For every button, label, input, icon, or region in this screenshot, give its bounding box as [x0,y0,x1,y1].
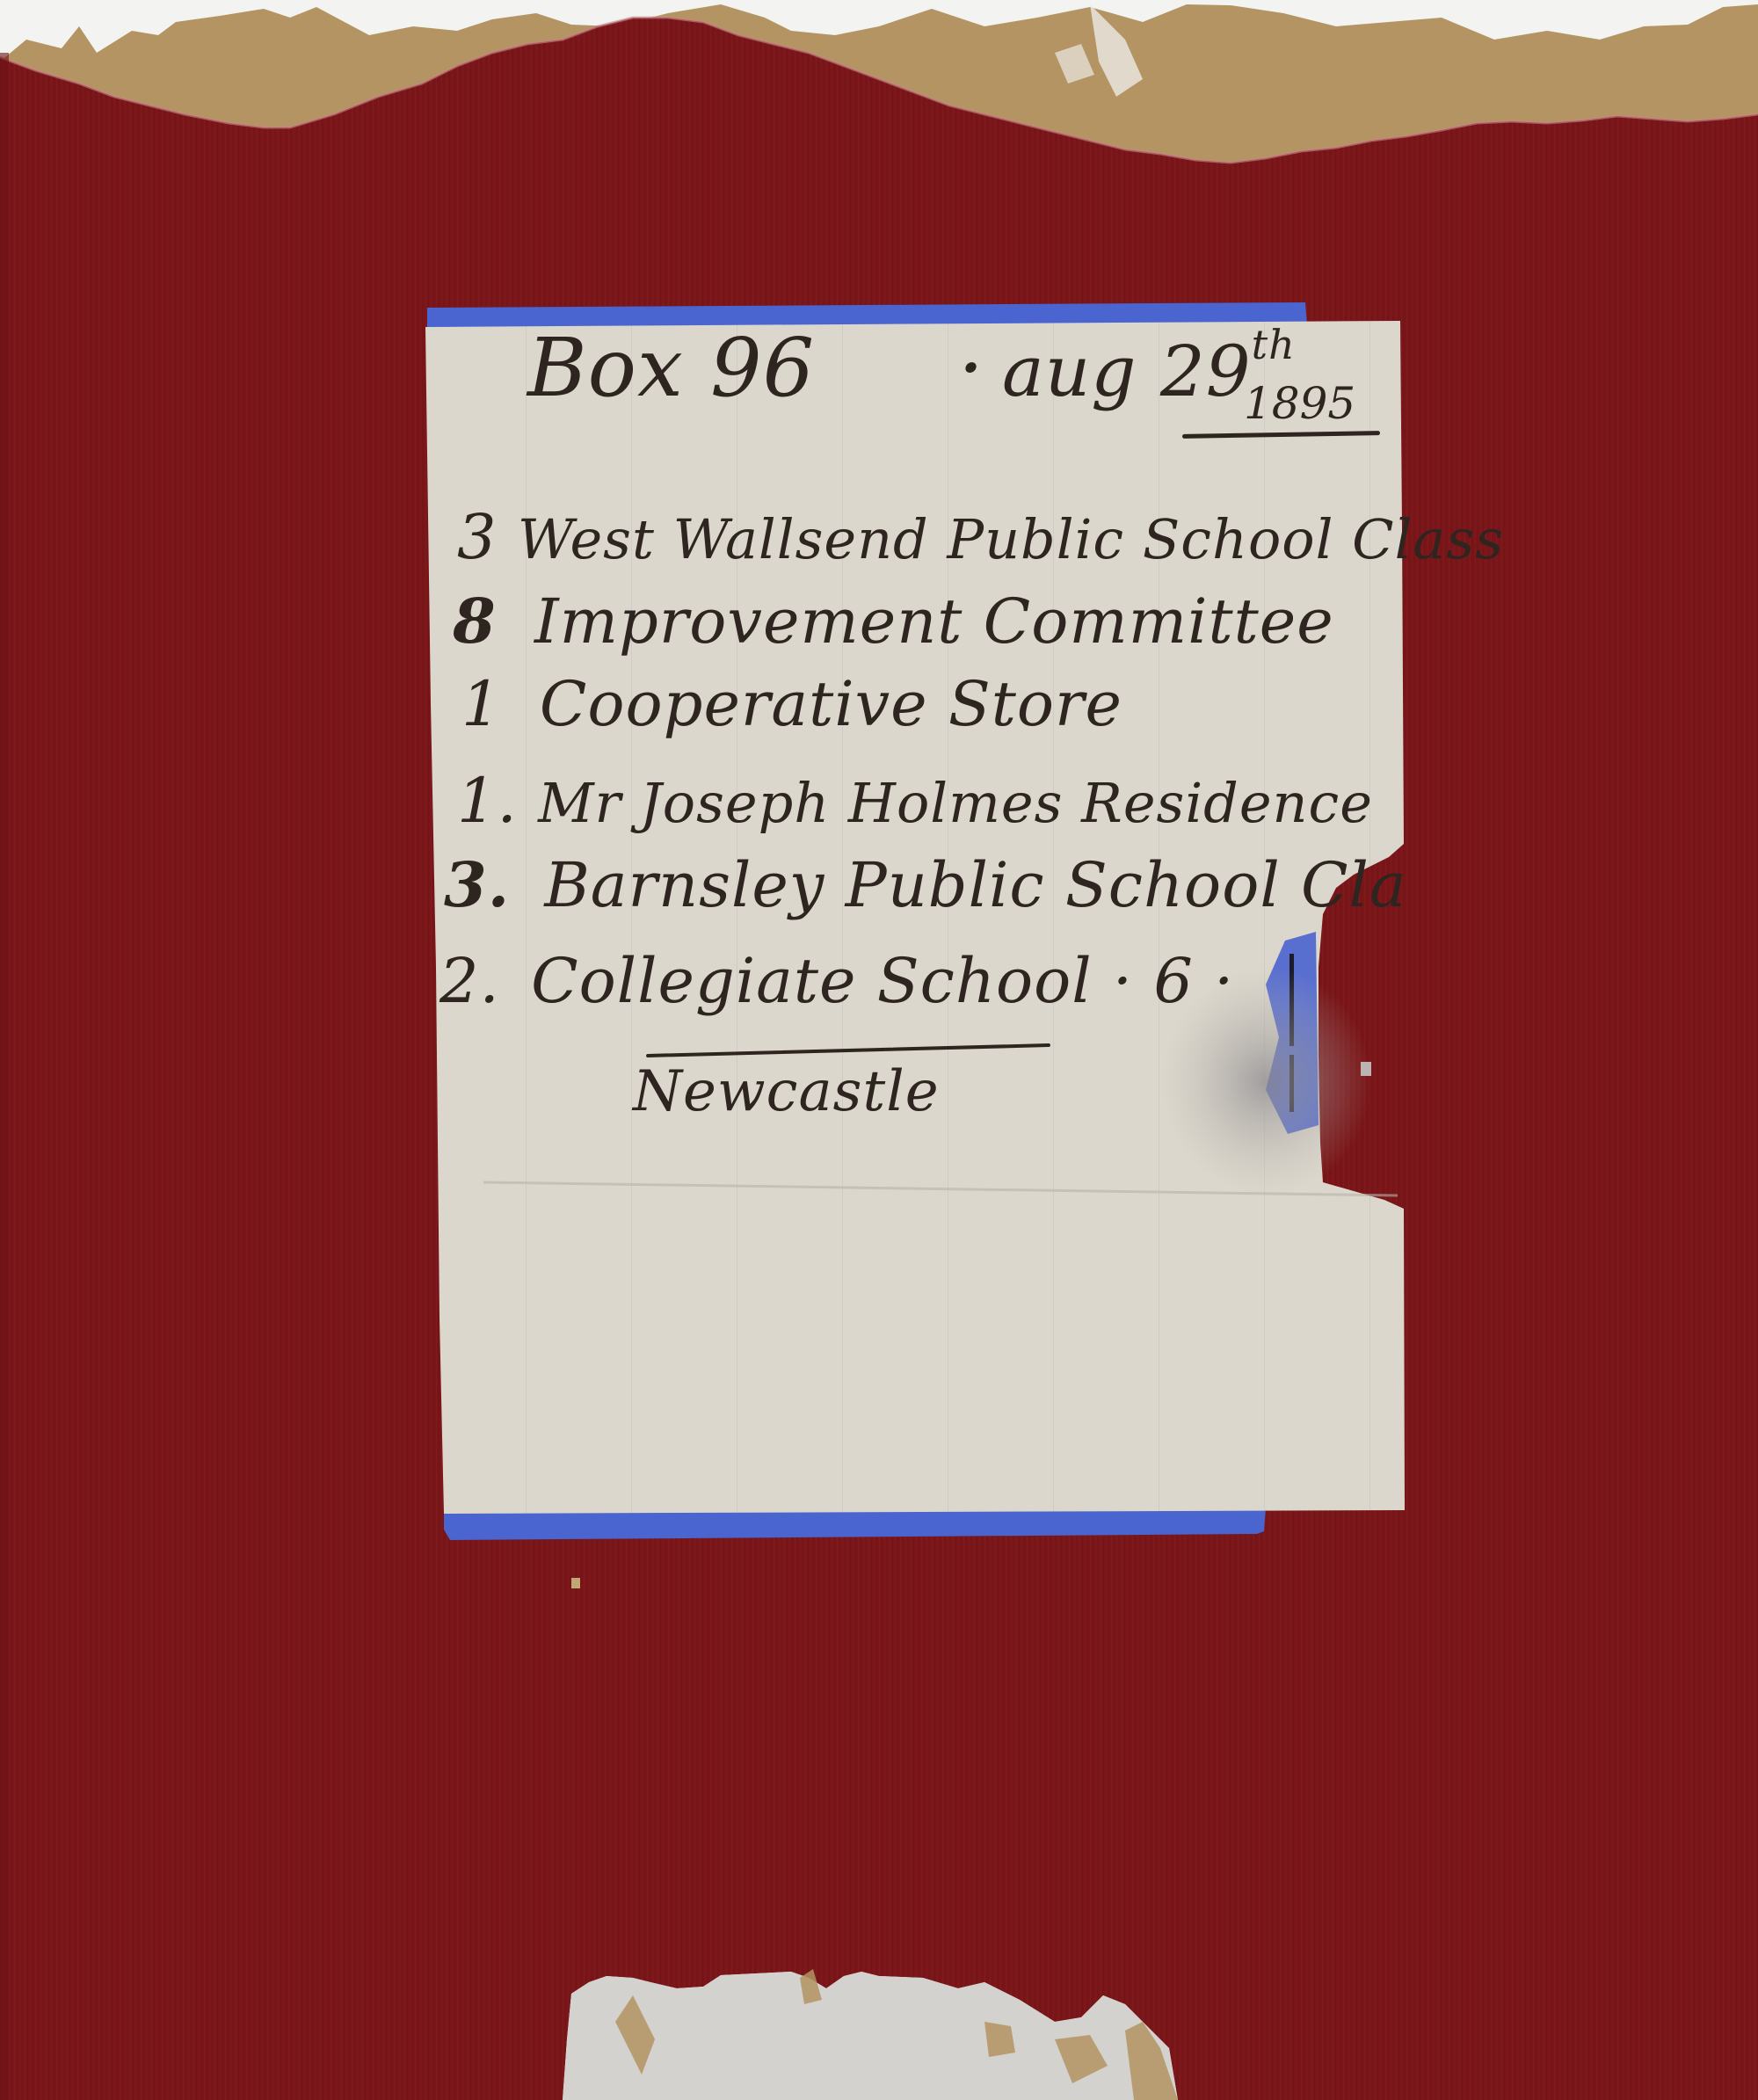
paper-note [425,321,1405,1514]
red-card-mount [0,0,1758,2100]
